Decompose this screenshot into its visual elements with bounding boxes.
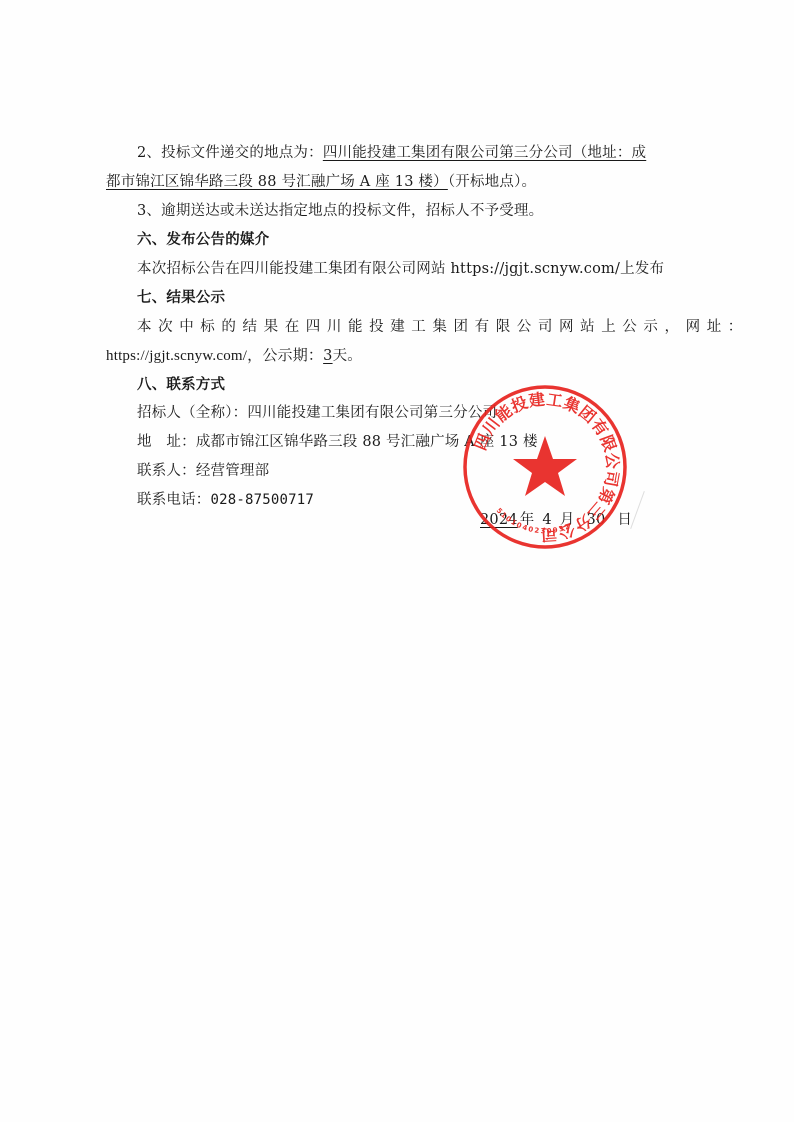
- contact-value: 经营管理部: [196, 463, 270, 479]
- tenderer-label: 招标人（全称）：: [137, 405, 247, 421]
- date-day: 30: [577, 510, 616, 530]
- para-2-line-2: 都市锦江区锦华路三段 88 号汇融广场 A 座 13 楼）（开标地点）。: [106, 172, 536, 192]
- section-7-heading: 七、结果公示: [137, 288, 225, 308]
- publicity-days: 3: [323, 348, 332, 364]
- phone-label: 联系电话：: [137, 492, 211, 508]
- contact-label: 联系人：: [137, 463, 196, 479]
- address-value: 成都市锦江区锦华路三段 88 号汇融广场 A 座 13 楼: [196, 434, 538, 450]
- tenderer-row: 招标人（全称）：四川能投建工集团有限公司第三分公司: [137, 403, 497, 423]
- section-7-body-line-1: 本次中标的结果在四川能投建工集团有限公司网站上公示，网址：: [137, 317, 749, 337]
- contact-row: 联系人：经营管理部: [137, 461, 269, 481]
- address-row: 地 址：成都市锦江区锦华路三段 88 号汇融广场 A 座 13 楼: [137, 432, 538, 452]
- para-3: 3、逾期送达或未送达指定地点的投标文件，招标人不予受理。: [137, 201, 543, 221]
- date-month-value: 4: [542, 510, 551, 530]
- section-6-heading: 六、发布公告的媒介: [137, 230, 269, 250]
- para-2-prefix: 2、投标文件递交的地点为：: [137, 145, 323, 161]
- date-month: 4: [536, 510, 557, 530]
- para-2-suffix: （开标地点）。: [448, 174, 536, 190]
- publicity-days-unit: 天。: [333, 348, 362, 364]
- section-7-body-line-2: https://jgjt.scnyw.com/，公示期：3天。: [106, 346, 362, 366]
- bid-submission-location: 四川能投建工集团有限公司第三分公司（地址：成: [323, 145, 646, 161]
- scan-artifact: [630, 491, 645, 529]
- para-2-line-1: 2、投标文件递交的地点为：四川能投建工集团有限公司第三分公司（地址：成: [137, 143, 646, 163]
- date-day-value: 30: [587, 510, 606, 530]
- date-month-unit: 月: [560, 510, 575, 530]
- bid-submission-address: 都市锦江区锦华路三段 88 号汇融广场 A 座 13 楼）: [106, 174, 448, 190]
- signing-date: 2024年4月30日: [480, 510, 632, 530]
- phone-row: 联系电话：028-87500717: [137, 490, 314, 510]
- date-year: 2024: [480, 510, 518, 530]
- address-label: 地 址：: [137, 434, 196, 450]
- date-year-unit: 年: [520, 510, 535, 530]
- section-6-body: 本次招标公告在四川能投建工集团有限公司网站 https://jgjt.scnyw…: [137, 259, 664, 279]
- document-page: 2、投标文件递交的地点为：四川能投建工集团有限公司第三分公司（地址：成 都市锦江…: [0, 0, 794, 1122]
- section-8-heading: 八、联系方式: [137, 375, 225, 395]
- publicity-url-text: https://jgjt.scnyw.com/，公示期：: [106, 348, 323, 364]
- tenderer-value: 四川能投建工集团有限公司第三分公司: [247, 405, 497, 421]
- phone-value: 028-87500717: [211, 492, 315, 508]
